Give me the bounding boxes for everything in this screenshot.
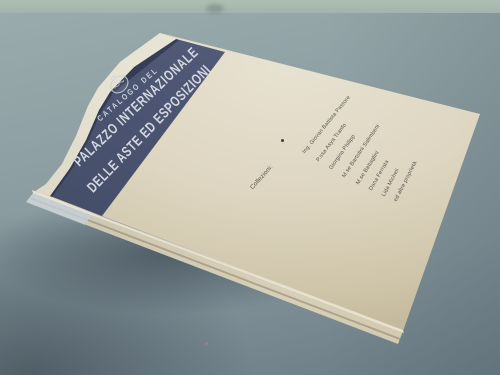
cover-speck <box>281 139 284 142</box>
wall-smudge <box>206 4 224 13</box>
background-wall <box>0 0 500 14</box>
photo-scene: CATALOGO DEL PALAZZO INTERNAZIONALE DELL… <box>0 0 500 375</box>
